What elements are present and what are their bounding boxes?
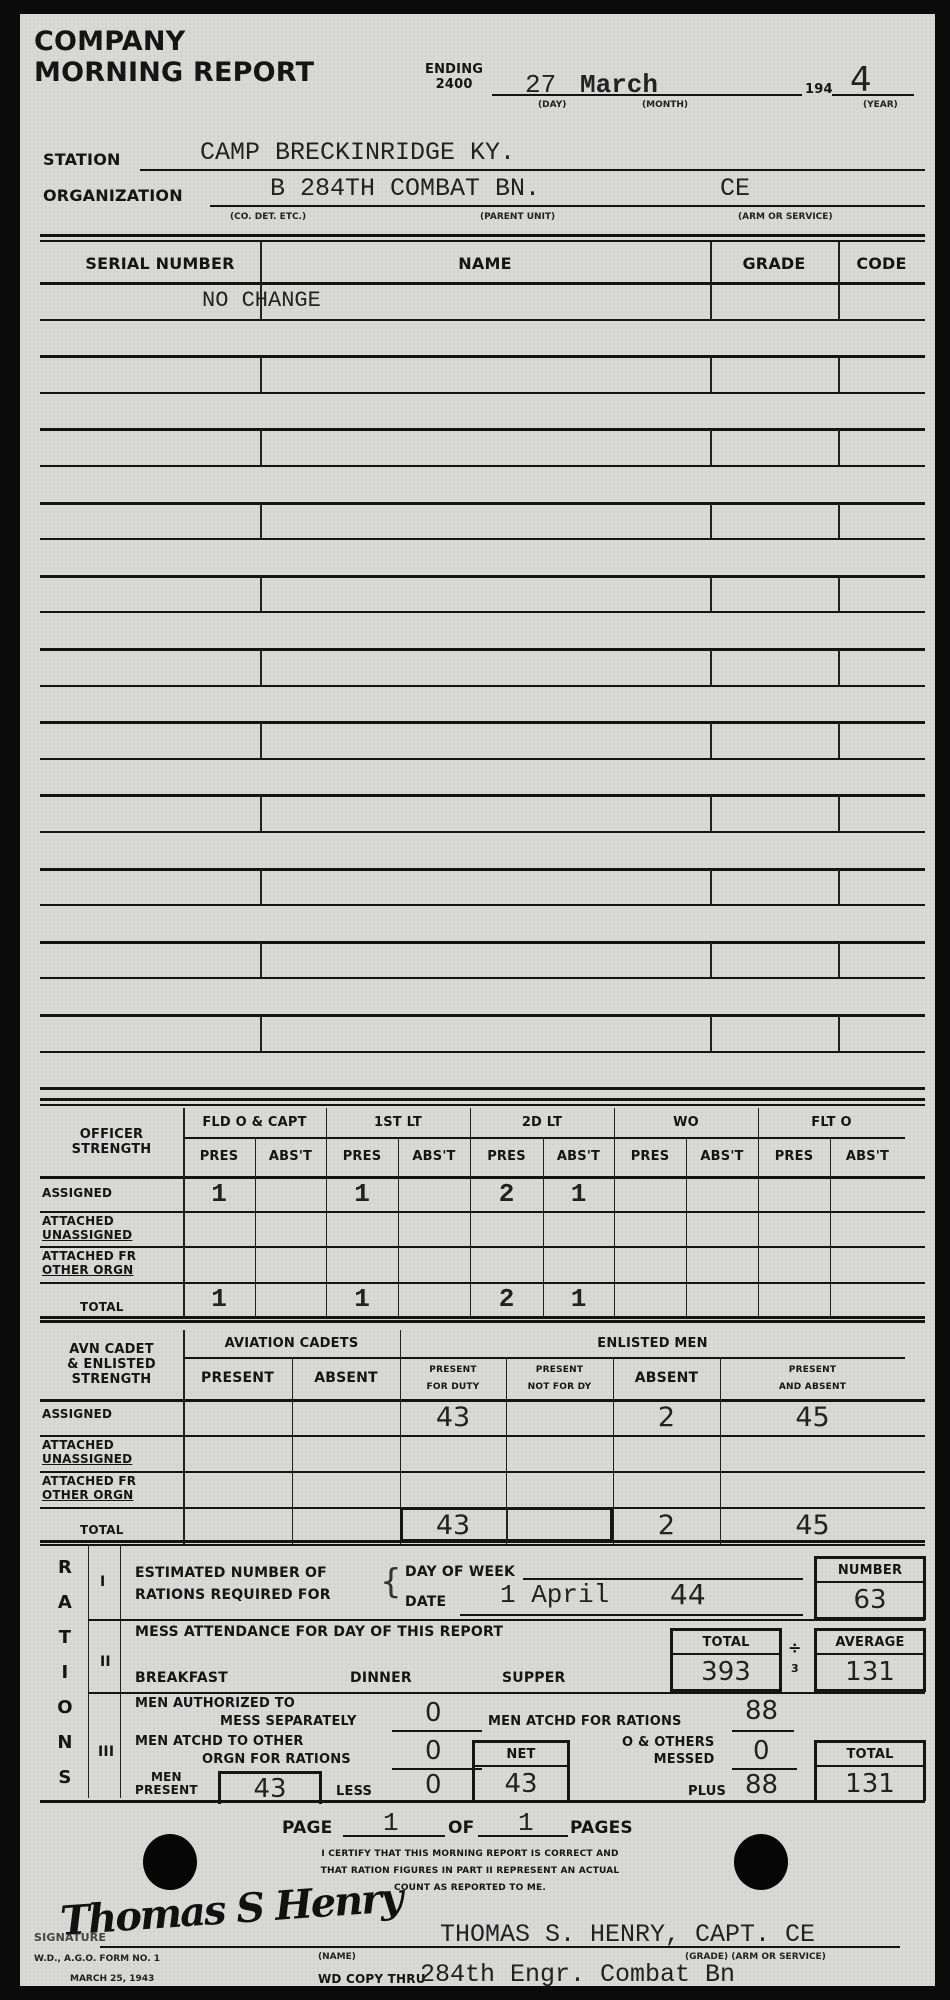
roster-row-line: [40, 868, 925, 871]
officer-cell[interactable]: [255, 1246, 326, 1282]
officer-sub-header: PRES: [758, 1137, 830, 1176]
roster-column-divider: [710, 242, 712, 282]
officer-cell[interactable]: 1: [543, 1282, 614, 1316]
officer-cell[interactable]: [830, 1246, 905, 1282]
officer-sub-header: PRES: [470, 1137, 543, 1176]
roster-bottom-rule: [40, 1098, 925, 1101]
certify-line-1: I CERTIFY THAT THIS MORNING REPORT IS CO…: [260, 1846, 680, 1863]
rations-side-letter: I: [47, 1655, 83, 1690]
roster-column-divider: [838, 796, 840, 831]
officer-cell[interactable]: [686, 1211, 758, 1246]
number-label: NUMBER: [817, 1559, 923, 1583]
officer-group-header: 1ST LT: [326, 1108, 470, 1137]
officer-cell[interactable]: [543, 1211, 614, 1246]
enlisted-row-label-1: TOTAL: [80, 1523, 124, 1537]
officer-row-label: ATTACHEDUNASSIGNED: [42, 1214, 132, 1242]
officer-cell[interactable]: 2: [470, 1282, 543, 1316]
atchd-other-label-1: MEN ATCHD TO OTHER: [135, 1734, 304, 1749]
roster-row-line: [40, 721, 925, 724]
station-label: STATION: [43, 150, 121, 169]
roster-column-divider: [260, 870, 262, 905]
enlisted-sub-header: PRESENTAND ABSENT: [720, 1357, 905, 1399]
part-1-roman: I: [100, 1574, 105, 1590]
roster-row-line: [40, 685, 925, 687]
officer-sub-header: ABS'T: [830, 1137, 905, 1176]
enlisted-title-line: STRENGTH: [72, 1372, 152, 1387]
officer-cell[interactable]: 1: [326, 1176, 398, 1211]
enlisted-cell[interactable]: [613, 1435, 720, 1471]
arm-caption: (ARM OR SERVICE): [738, 212, 833, 222]
auth-underline: [392, 1730, 482, 1732]
enlisted-men-header: ENLISTED MEN: [400, 1330, 905, 1357]
of-label: OF: [448, 1818, 474, 1838]
divide-sign: ÷: [788, 1638, 802, 1657]
enlisted-sub-header-line-1: PRESENT: [429, 1363, 476, 1377]
roster-column-divider: [710, 650, 712, 685]
enlisted-cell[interactable]: [183, 1435, 292, 1471]
officer-cell[interactable]: [398, 1211, 470, 1246]
officer-sub-header: ABS'T: [255, 1137, 326, 1176]
roster-column-divider: [710, 723, 712, 758]
officer-cell[interactable]: [326, 1211, 398, 1246]
mess-total-label: TOTAL: [673, 1631, 779, 1655]
enlisted-cell[interactable]: 2: [613, 1507, 720, 1544]
ration-date-year[interactable]: 44: [670, 1578, 706, 1611]
rations-total-label: TOTAL: [817, 1743, 923, 1767]
year-caption: (YEAR): [863, 100, 898, 110]
officer-header-rule: [183, 1137, 905, 1139]
breakfast-label: BREAKFAST: [135, 1670, 228, 1686]
enlisted-cell[interactable]: [506, 1435, 613, 1471]
officer-cell[interactable]: [686, 1246, 758, 1282]
average-value[interactable]: 131: [817, 1655, 923, 1689]
atchd-for-rations-underline: [732, 1730, 794, 1732]
wd-copy-label: WD COPY THRU: [318, 1972, 426, 1986]
officer-sub-header: PRES: [614, 1137, 686, 1176]
officer-row-label-1: TOTAL: [80, 1300, 124, 1314]
part-2-roman: II: [100, 1654, 111, 1670]
officer-cell[interactable]: [398, 1282, 470, 1316]
typed-name[interactable]: THOMAS S. HENRY, CAPT. CE: [440, 1920, 815, 1949]
officer-sub-header: ABS'T: [543, 1137, 614, 1176]
roster-column-divider: [838, 1016, 840, 1051]
officer-cell[interactable]: [614, 1211, 686, 1246]
enlisted-cell[interactable]: 45: [720, 1507, 905, 1544]
roster-column-divider: [260, 577, 262, 612]
roster-row-line: [40, 1087, 925, 1090]
rations-side-letter: T: [47, 1620, 83, 1655]
enlisted-cell[interactable]: [613, 1471, 720, 1507]
officer-row-label-1: ATTACHED: [42, 1214, 132, 1228]
mess-attendance-label: MESS ATTENDANCE FOR DAY OF THIS REPORT: [135, 1624, 503, 1640]
part-1-label-2: RATIONS REQUIRED FOR: [135, 1584, 331, 1606]
enlisted-row-label: ATTACHED FROTHER ORGN: [42, 1474, 136, 1502]
officer-cell[interactable]: [614, 1282, 686, 1316]
officer-row-label: ASSIGNED: [42, 1186, 112, 1200]
officer-cell[interactable]: [614, 1246, 686, 1282]
enlisted-row-label-2: UNASSIGNED: [42, 1452, 132, 1466]
enlisted-cell[interactable]: [183, 1471, 292, 1507]
officer-row-label-2: OTHER ORGN: [42, 1263, 136, 1277]
enlisted-cell[interactable]: [292, 1399, 400, 1435]
enlisted-cell[interactable]: [183, 1399, 292, 1435]
signature[interactable]: Thomas S Henry: [59, 1874, 403, 1945]
form-date: MARCH 25, 1943: [70, 1974, 154, 1984]
enlisted-cell[interactable]: [506, 1471, 613, 1507]
part-2-rule: [88, 1692, 925, 1694]
officer-cell[interactable]: [686, 1282, 758, 1316]
day-caption: (DAY): [538, 100, 566, 110]
roster-column-divider: [260, 723, 262, 758]
supper-label: SUPPER: [502, 1670, 566, 1686]
part-1-label: ESTIMATED NUMBER OF RATIONS REQUIRED FOR: [135, 1562, 331, 1606]
atchd-other-value[interactable]: 0: [425, 1736, 442, 1766]
enlisted-row-label-2: OTHER ORGN: [42, 1488, 136, 1502]
plus-value[interactable]: 88: [745, 1770, 778, 1800]
rations-divider-2: [120, 1544, 121, 1798]
page-value[interactable]: 1: [383, 1808, 399, 1838]
organization-underline: [210, 205, 925, 207]
rations-side-letter: N: [47, 1725, 83, 1760]
others-messed-label-2: MESSED: [622, 1751, 715, 1768]
roster-row-line: [40, 648, 925, 651]
organization-value[interactable]: B 284TH COMBAT BN.: [270, 174, 540, 203]
officer-cell[interactable]: [183, 1211, 255, 1246]
atchd-other-label-2: ORGN FOR RATIONS: [202, 1752, 351, 1767]
roster-column-divider: [710, 1016, 712, 1051]
officer-group-header: FLT O: [758, 1108, 905, 1137]
officer-cell[interactable]: [255, 1176, 326, 1211]
rations-top-rule: [40, 1540, 925, 1543]
enlisted-cell[interactable]: [506, 1399, 613, 1435]
roster-column-divider: [710, 577, 712, 612]
enlisted-sub-header: PRESENTNOT FOR DY: [506, 1357, 613, 1399]
enlisted-sub-header: PRESENT: [183, 1357, 292, 1399]
roster-row-line: [40, 319, 925, 321]
officer-row-label-1: ATTACHED FR: [42, 1249, 136, 1263]
roster-row-line: [40, 831, 925, 833]
roster-column-divider: [710, 943, 712, 978]
roster-row-line: [40, 392, 925, 394]
roster-column-divider: [838, 870, 840, 905]
enlisted-sub-header-line-2: NOT FOR DY: [528, 1377, 592, 1394]
roster-column-divider: [838, 430, 840, 465]
roster-row-line: [40, 1014, 925, 1017]
officer-cell[interactable]: [255, 1282, 326, 1316]
enlisted-sub-header-line-1: PRESENT: [536, 1363, 583, 1377]
others-messed-label: O & OTHERS MESSED: [622, 1734, 715, 1768]
rations-side-letter: A: [47, 1585, 83, 1620]
enlisted-cell[interactable]: 2: [613, 1399, 720, 1435]
roster-column-divider: [838, 504, 840, 539]
enlisted-title-line: & ENLISTED: [67, 1357, 156, 1372]
day-of-week-label: DAY OF WEEK: [405, 1564, 515, 1580]
enlisted-sub-header-line-2: FOR DUTY: [427, 1377, 480, 1394]
year-prefix: 194: [805, 82, 833, 97]
number-value[interactable]: 63: [817, 1583, 923, 1617]
atchd-for-rations-label: MEN ATCHD FOR RATIONS: [488, 1714, 682, 1729]
others-messed-value[interactable]: 0: [753, 1736, 770, 1766]
rations-side-letter: S: [47, 1760, 83, 1795]
officer-row-label: TOTAL: [80, 1300, 124, 1314]
roster-column-divider: [260, 357, 262, 392]
col-serial-number: SERIAL NUMBER: [40, 244, 280, 282]
officer-title-line-1: OFFICER: [80, 1127, 143, 1142]
date-underline-ration: [460, 1614, 803, 1616]
report-month[interactable]: March: [580, 70, 658, 100]
officer-group-header: FLD O & CAPT: [183, 1108, 326, 1137]
enlisted-row-label: ATTACHEDUNASSIGNED: [42, 1438, 132, 1466]
enlisted-cell[interactable]: [720, 1435, 905, 1471]
officer-cell[interactable]: [758, 1246, 830, 1282]
enlisted-sub-header: ABSENT: [292, 1357, 400, 1399]
net-value[interactable]: 43: [475, 1767, 567, 1801]
roster-row-line: [40, 611, 925, 613]
year-underline: [832, 94, 914, 96]
certify-line-2: THAT RATION FIGURES IN PART II REPRESENT…: [260, 1863, 680, 1880]
roster-row-line: [40, 794, 925, 797]
officer-row-rule: [40, 1316, 925, 1319]
morning-report-form: COMPANY MORNING REPORT ENDING 2400 27 Ma…: [20, 14, 935, 1986]
officer-cell[interactable]: [614, 1176, 686, 1211]
men-present-label: MEN PRESENT: [135, 1771, 198, 1797]
rations-total-value[interactable]: 131: [817, 1767, 923, 1801]
enlisted-cell[interactable]: [292, 1471, 400, 1507]
col-name: NAME: [260, 244, 710, 282]
enlisted-row-rule: [40, 1544, 925, 1546]
enlisted-sub-header-line-1: ABSENT: [314, 1371, 378, 1385]
officer-cell[interactable]: [398, 1246, 470, 1282]
roster-row-line: [40, 355, 925, 358]
enlisted-sub-header-line-1: PRESENT: [201, 1371, 274, 1385]
organization-label: ORGANIZATION: [43, 186, 183, 205]
officer-cell[interactable]: [830, 1176, 905, 1211]
title-line-1: COMPANY: [34, 26, 314, 57]
enlisted-row-label-1: ASSIGNED: [42, 1407, 112, 1421]
ration-date-value[interactable]: 1 April: [500, 1580, 609, 1610]
roster-row-line: [40, 941, 925, 944]
officer-bottom-rule: [40, 1320, 925, 1323]
divide-by: 3: [791, 1662, 799, 1675]
officer-group-header: 2D LT: [470, 1108, 614, 1137]
enlisted-cell[interactable]: [400, 1471, 506, 1507]
part-3-roman: III: [98, 1744, 114, 1760]
officer-cell[interactable]: 2: [470, 1176, 543, 1211]
roster-column-divider: [710, 430, 712, 465]
enlisted-row-label-1: ATTACHED FR: [42, 1474, 136, 1488]
brace-icon: {: [380, 1562, 402, 1602]
roster-column-divider: [838, 723, 840, 758]
enlisted-sub-header-line-1: ABSENT: [635, 1371, 699, 1385]
officer-sub-header: ABS'T: [398, 1137, 470, 1176]
officer-cell[interactable]: 1: [543, 1176, 614, 1211]
net-label: NET: [475, 1743, 567, 1767]
officer-cell[interactable]: 1: [183, 1176, 255, 1211]
month-caption: (MONTH): [642, 100, 688, 110]
co-caption: (CO. DET. ETC.): [230, 212, 306, 222]
officer-cell[interactable]: [255, 1211, 326, 1246]
part-1-label-1: ESTIMATED NUMBER OF: [135, 1562, 331, 1584]
punch-hole-right: [734, 1834, 788, 1890]
roster-row-line: [40, 465, 925, 467]
officer-cell[interactable]: [183, 1246, 255, 1282]
net-box: NET 43: [472, 1740, 570, 1801]
roster-bottom-rule-2: [40, 1104, 925, 1106]
aviation-cadets-header: AVIATION CADETS: [183, 1330, 400, 1357]
rations-total-box: TOTAL 131: [814, 1740, 926, 1801]
enlisted-cell[interactable]: 43: [400, 1399, 506, 1435]
number-box: NUMBER 63: [814, 1556, 926, 1620]
roster-column-divider: [710, 504, 712, 539]
officer-row-label: ATTACHED FROTHER ORGN: [42, 1249, 136, 1277]
roster-row-line: [40, 428, 925, 431]
roster-row-line: [40, 1051, 925, 1053]
roster-column-divider: [260, 284, 262, 320]
ending-label-2: 2400: [425, 77, 483, 92]
roster-column-divider: [260, 504, 262, 539]
officer-cell[interactable]: [758, 1211, 830, 1246]
part-1-rule: [88, 1619, 925, 1621]
roster-column-divider: [710, 284, 712, 320]
roster-column-divider: [710, 796, 712, 831]
men-present-label-2: PRESENT: [135, 1784, 198, 1797]
form-title: COMPANY MORNING REPORT: [34, 26, 314, 88]
officer-cell[interactable]: [686, 1176, 758, 1211]
enlisted-sub-header: PRESENTFOR DUTY: [400, 1357, 506, 1399]
officer-sub-header: PRES: [183, 1137, 255, 1176]
auth-value[interactable]: 0: [425, 1698, 442, 1728]
auth-label-2: MESS SEPARATELY: [220, 1714, 357, 1729]
page-label: PAGE: [282, 1818, 332, 1838]
officer-cell[interactable]: [758, 1282, 830, 1316]
name-caption: (NAME): [318, 1952, 356, 1962]
roster-column-divider: [838, 577, 840, 612]
officer-cell[interactable]: [830, 1282, 905, 1316]
roster-column-divider: [838, 943, 840, 978]
roster-row-line: [40, 538, 925, 540]
roster-row-line: [40, 758, 925, 760]
col-code: CODE: [838, 244, 925, 282]
roster-column-divider: [260, 1016, 262, 1051]
enlisted-row-label: TOTAL: [80, 1523, 124, 1537]
roster-column-divider: [260, 430, 262, 465]
mess-total-box: TOTAL 393: [670, 1628, 782, 1692]
report-day[interactable]: 27: [525, 70, 556, 100]
enlisted-cell[interactable]: [400, 1435, 506, 1471]
officer-cell[interactable]: [470, 1246, 543, 1282]
officer-cell[interactable]: [326, 1246, 398, 1282]
roster-column-divider: [838, 357, 840, 392]
enlisted-sub-header-line-2: AND ABSENT: [779, 1377, 846, 1394]
roster-top-rule-1: [40, 234, 925, 237]
roster-column-divider: [838, 242, 840, 282]
rations-bottom-rule: [40, 1800, 925, 1803]
auth-label-1: MEN AUTHORIZED TO: [135, 1696, 295, 1711]
less-value[interactable]: 0: [425, 1770, 442, 1800]
form-number: W.D., A.G.O. FORM NO. 1: [34, 1954, 160, 1964]
officer-cell[interactable]: [398, 1176, 470, 1211]
others-messed-label-1: O & OTHERS: [622, 1734, 715, 1751]
roster-column-divider: [260, 943, 262, 978]
roster-top-rule-2: [40, 240, 925, 242]
officer-sub-header: PRES: [326, 1137, 398, 1176]
report-year[interactable]: 4: [850, 60, 872, 100]
roster-row-line: [40, 977, 925, 979]
parent-unit-caption: (PARENT UNIT): [480, 212, 555, 222]
date-label: DATE: [405, 1594, 446, 1610]
enlisted-cell[interactable]: [720, 1471, 905, 1507]
punch-hole-left: [143, 1834, 197, 1890]
officer-cell[interactable]: [470, 1211, 543, 1246]
enlisted-row-label-1: ATTACHED: [42, 1438, 132, 1452]
col-grade: GRADE: [710, 244, 838, 282]
roster-column-divider: [260, 650, 262, 685]
enlisted-total-box-divider: [506, 1507, 508, 1542]
enlisted-cell[interactable]: [183, 1507, 292, 1544]
station-underline: [140, 169, 925, 171]
roster-column-divider: [710, 357, 712, 392]
enlisted-title-line: AVN CADET: [69, 1342, 154, 1357]
officer-title-line-2: STRENGTH: [72, 1142, 152, 1157]
rations-divider-1: [88, 1544, 89, 1798]
title-line-2: MORNING REPORT: [34, 57, 314, 88]
station-value[interactable]: CAMP BRECKINRIDGE KY.: [200, 138, 515, 167]
less-label: LESS: [336, 1784, 372, 1799]
roster-column-divider: [710, 870, 712, 905]
officer-row-label-1: ASSIGNED: [42, 1186, 112, 1200]
roster-column-divider: [838, 284, 840, 320]
enlisted-sub-header-line-1: PRESENT: [789, 1363, 836, 1377]
rations-side-letter: O: [47, 1690, 83, 1725]
enlisted-cell[interactable]: [292, 1435, 400, 1471]
average-box: AVERAGE 131: [814, 1628, 926, 1692]
roster-row-line: [40, 904, 925, 906]
roster-column-divider: [260, 796, 262, 831]
mess-total-value[interactable]: 393: [673, 1655, 779, 1689]
officer-cell[interactable]: [830, 1211, 905, 1246]
rations-side-letter: R: [47, 1550, 83, 1585]
organization-arm[interactable]: CE: [720, 174, 750, 203]
average-label: AVERAGE: [817, 1631, 923, 1655]
officer-sub-header: ABS'T: [686, 1137, 758, 1176]
officer-row-label-2: UNASSIGNED: [42, 1228, 132, 1242]
of-value[interactable]: 1: [518, 1808, 534, 1838]
enlisted-sub-header: ABSENT: [613, 1357, 720, 1399]
enlisted-cell[interactable]: 45: [720, 1399, 905, 1435]
enlisted-strength-title: AVN CADET& ENLISTEDSTRENGTH: [40, 1330, 183, 1399]
rations-side-label: RATIONS: [47, 1550, 83, 1795]
officer-cell[interactable]: [543, 1246, 614, 1282]
atchd-for-rations-value[interactable]: 88: [745, 1696, 778, 1726]
roster-row-line: [40, 502, 925, 505]
plus-label: PLUS: [688, 1784, 726, 1799]
roster-column-divider: [838, 650, 840, 685]
officer-cell[interactable]: 1: [326, 1282, 398, 1316]
officer-cell[interactable]: [758, 1176, 830, 1211]
dinner-label: DINNER: [350, 1670, 412, 1686]
roster-row-line: [40, 575, 925, 578]
officer-group-header: WO: [614, 1108, 758, 1137]
enlisted-row-label: ASSIGNED: [42, 1407, 112, 1421]
enlisted-cell[interactable]: [292, 1507, 400, 1544]
unit-stamp: 284th Engr. Combat Bn: [420, 1960, 735, 1989]
officer-strength-title: OFFICERSTRENGTH: [40, 1108, 183, 1176]
roster-header-rule: [40, 282, 925, 285]
pages-label: PAGES: [570, 1818, 633, 1838]
officer-cell[interactable]: 1: [183, 1282, 255, 1316]
ending-label: ENDING 2400: [425, 62, 483, 92]
roster-column-divider: [260, 242, 262, 282]
